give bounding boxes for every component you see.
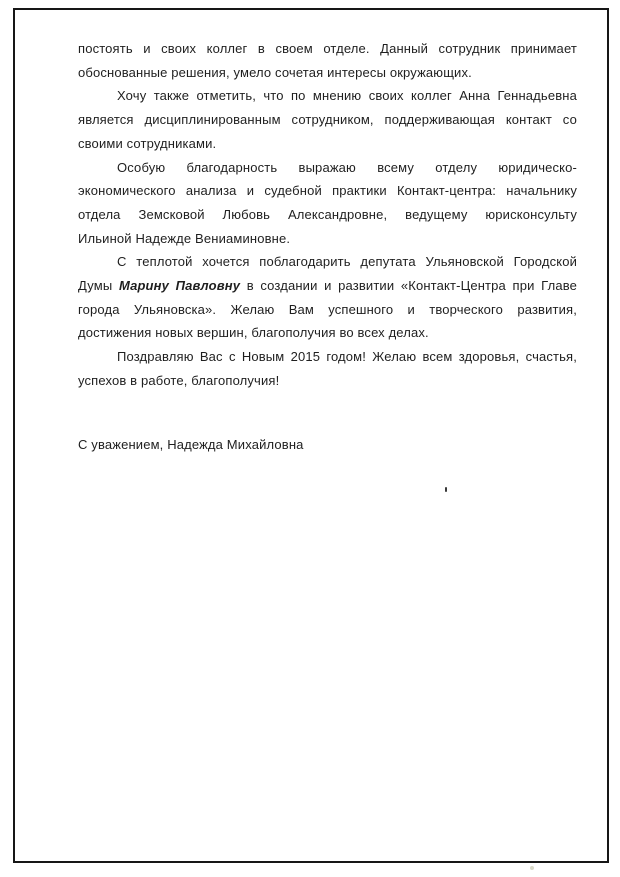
letter-body: постоять и своих коллег в своем отделе. … (15, 10, 607, 861)
text-line: Ильиной Надежде Вениаминовне. (78, 227, 577, 251)
text-line: экономического анализа и судебной практи… (78, 179, 577, 203)
paragraph-colleagues: постоять и своих коллег в своем отделе. … (78, 37, 577, 84)
text-line: успехов в работе, благополучия! (78, 369, 577, 393)
text-line: города Ульяновска». Желаю Вам успешного … (78, 298, 577, 322)
text-line: Хочу также отметить, что по мнению своих… (78, 84, 577, 108)
emphasized-name: Марину Павловну (119, 278, 240, 293)
text-line: является дисциплинированным сотрудником,… (78, 108, 577, 132)
text-line: Поздравляю Вас с Новым 2015 годом! Желаю… (78, 345, 577, 369)
text-line: Особую благодарность выражаю всему отдел… (78, 156, 577, 180)
text-line: С теплотой хочется поблагодарить депутат… (78, 250, 577, 274)
signature-line: С уважением, Надежда Михайловна (78, 433, 577, 457)
text-line: постоять и своих коллег в своем отделе. … (78, 37, 577, 61)
text-segment: Думы (78, 278, 119, 293)
text-line: достижения новых вершин, благополучия во… (78, 321, 577, 345)
paragraph-gratitude-department: Особую благодарность выражаю всему отдел… (78, 156, 577, 251)
paragraph-new-year: Поздравляю Вас с Новым 2015 годом! Желаю… (78, 345, 577, 392)
paragraph-discipline: Хочу также отметить, что по мнению своих… (78, 84, 577, 155)
scan-artifact-speck (530, 866, 534, 870)
paragraph-gratitude-deputy: С теплотой хочется поблагодарить депутат… (78, 250, 577, 345)
scanned-page: постоять и своих коллег в своем отделе. … (0, 0, 620, 877)
text-segment: в создании и развитии «Контакт-Центра пр… (240, 278, 577, 293)
text-line: своими сотрудниками. (78, 132, 577, 156)
scan-artifact-mark (445, 487, 447, 492)
page-border: постоять и своих коллег в своем отделе. … (13, 8, 609, 863)
text-line: Думы Марину Павловну в создании и развит… (78, 274, 577, 298)
text-line: обоснованные решения, умело сочетая инте… (78, 61, 577, 85)
text-line: отдела Земсковой Любовь Александровне, в… (78, 203, 577, 227)
